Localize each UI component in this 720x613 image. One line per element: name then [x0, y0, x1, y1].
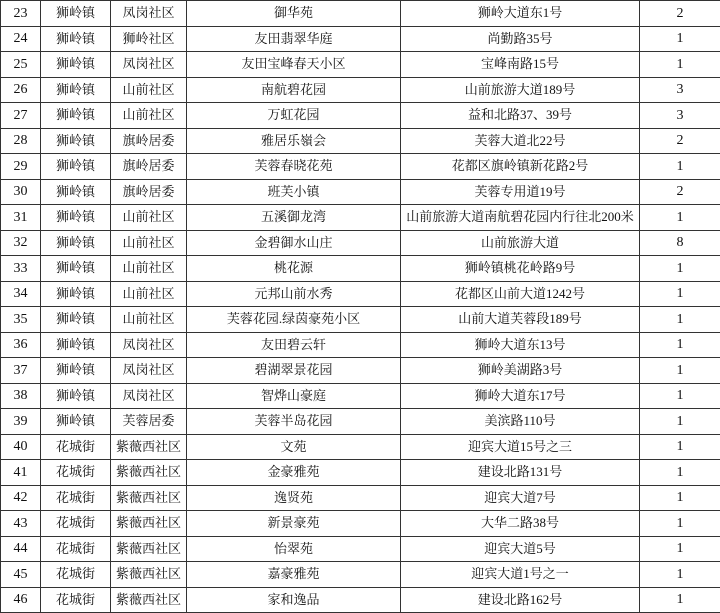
cell-community: 凤岗社区 [111, 332, 187, 358]
cell-count: 1 [640, 154, 720, 180]
cell-row_number: 39 [1, 409, 41, 435]
cell-estate_name: 嘉豪雅苑 [187, 562, 401, 588]
cell-estate_name: 雅居乐嶺会 [187, 128, 401, 154]
cell-estate_name: 御华苑 [187, 1, 401, 27]
cell-row_number: 42 [1, 485, 41, 511]
cell-address: 花都区旗岭镇新花路2号 [401, 154, 640, 180]
table-row: 28狮岭镇旗岭居委雅居乐嶺会芙蓉大道北22号2 [1, 128, 720, 154]
cell-community: 山前社区 [111, 230, 187, 256]
table-row: 40花城街紫薇西社区文苑迎宾大道15号之三1 [1, 434, 720, 460]
cell-address: 山前大道芙蓉段189号 [401, 307, 640, 333]
cell-community: 山前社区 [111, 256, 187, 282]
cell-address: 芙蓉大道北22号 [401, 128, 640, 154]
cell-community: 凤岗社区 [111, 358, 187, 384]
cell-address: 狮岭大道东13号 [401, 332, 640, 358]
cell-count: 1 [640, 536, 720, 562]
cell-count: 1 [640, 409, 720, 435]
table-row: 36狮岭镇凤岗社区友田碧云轩狮岭大道东13号1 [1, 332, 720, 358]
cell-town: 狮岭镇 [41, 307, 111, 333]
cell-address: 芙蓉专用道19号 [401, 179, 640, 205]
cell-count: 2 [640, 1, 720, 27]
table-row: 41花城街紫薇西社区金豪雅苑建设北路131号1 [1, 460, 720, 486]
cell-town: 花城街 [41, 511, 111, 537]
cell-community: 紫薇西社区 [111, 587, 187, 613]
cell-count: 1 [640, 485, 720, 511]
cell-row_number: 37 [1, 358, 41, 384]
cell-row_number: 41 [1, 460, 41, 486]
cell-town: 狮岭镇 [41, 52, 111, 78]
cell-town: 狮岭镇 [41, 383, 111, 409]
table-body: 23狮岭镇凤岗社区御华苑狮岭大道东1号224狮岭镇狮岭社区友田翡翠华庭尚勤路35… [1, 1, 720, 613]
table-row: 33狮岭镇山前社区桃花源狮岭镇桃花岭路9号1 [1, 256, 720, 282]
cell-community: 凤岗社区 [111, 52, 187, 78]
cell-estate_name: 南航碧花园 [187, 77, 401, 103]
cell-town: 狮岭镇 [41, 1, 111, 27]
cell-town: 狮岭镇 [41, 230, 111, 256]
table-row: 45花城街紫薇西社区嘉豪雅苑迎宾大道1号之一1 [1, 562, 720, 588]
table-row: 24狮岭镇狮岭社区友田翡翠华庭尚勤路35号1 [1, 26, 720, 52]
cell-row_number: 44 [1, 536, 41, 562]
table-row: 39狮岭镇芙蓉居委芙蓉半岛花园美滨路110号1 [1, 409, 720, 435]
cell-address: 益和北路37、39号 [401, 103, 640, 129]
cell-town: 花城街 [41, 587, 111, 613]
table-row: 23狮岭镇凤岗社区御华苑狮岭大道东1号2 [1, 1, 720, 27]
cell-count: 1 [640, 562, 720, 588]
cell-count: 1 [640, 383, 720, 409]
cell-estate_name: 五溪御龙湾 [187, 205, 401, 231]
cell-town: 狮岭镇 [41, 26, 111, 52]
cell-row_number: 29 [1, 154, 41, 180]
cell-town: 狮岭镇 [41, 205, 111, 231]
cell-count: 1 [640, 460, 720, 486]
cell-community: 狮岭社区 [111, 26, 187, 52]
cell-row_number: 28 [1, 128, 41, 154]
cell-community: 芙蓉居委 [111, 409, 187, 435]
cell-town: 狮岭镇 [41, 409, 111, 435]
table-row: 27狮岭镇山前社区万虹花园益和北路37、39号3 [1, 103, 720, 129]
cell-estate_name: 碧湖翠景花园 [187, 358, 401, 384]
cell-address: 迎宾大道7号 [401, 485, 640, 511]
cell-count: 1 [640, 307, 720, 333]
cell-community: 紫薇西社区 [111, 511, 187, 537]
cell-estate_name: 新景豪苑 [187, 511, 401, 537]
cell-estate_name: 家和逸品 [187, 587, 401, 613]
cell-town: 狮岭镇 [41, 77, 111, 103]
cell-estate_name: 芙蓉半岛花园 [187, 409, 401, 435]
table-row: 43花城街紫薇西社区新景豪苑大华二路38号1 [1, 511, 720, 537]
cell-community: 山前社区 [111, 281, 187, 307]
table-row: 26狮岭镇山前社区南航碧花园山前旅游大道189号3 [1, 77, 720, 103]
cell-address: 花都区山前大道1242号 [401, 281, 640, 307]
cell-community: 紫薇西社区 [111, 434, 187, 460]
cell-community: 山前社区 [111, 103, 187, 129]
cell-town: 狮岭镇 [41, 281, 111, 307]
cell-address: 建设北路162号 [401, 587, 640, 613]
cell-community: 凤岗社区 [111, 1, 187, 27]
cell-town: 狮岭镇 [41, 179, 111, 205]
cell-row_number: 24 [1, 26, 41, 52]
residential-area-table: 23狮岭镇凤岗社区御华苑狮岭大道东1号224狮岭镇狮岭社区友田翡翠华庭尚勤路35… [0, 0, 720, 613]
table-row: 35狮岭镇山前社区芙蓉花园.绿茵豪苑小区山前大道芙蓉段189号1 [1, 307, 720, 333]
table-row: 42花城街紫薇西社区逸贤苑迎宾大道7号1 [1, 485, 720, 511]
cell-address: 宝峰南路15号 [401, 52, 640, 78]
cell-estate_name: 怡翠苑 [187, 536, 401, 562]
cell-count: 1 [640, 358, 720, 384]
cell-row_number: 32 [1, 230, 41, 256]
cell-count: 3 [640, 103, 720, 129]
cell-community: 紫薇西社区 [111, 536, 187, 562]
cell-town: 狮岭镇 [41, 256, 111, 282]
cell-town: 狮岭镇 [41, 103, 111, 129]
cell-row_number: 43 [1, 511, 41, 537]
cell-estate_name: 文苑 [187, 434, 401, 460]
table-row: 34狮岭镇山前社区元邦山前水秀花都区山前大道1242号1 [1, 281, 720, 307]
cell-count: 1 [640, 434, 720, 460]
cell-address: 狮岭大道东17号 [401, 383, 640, 409]
table-row: 38狮岭镇凤岗社区智烨山豪庭狮岭大道东17号1 [1, 383, 720, 409]
cell-town: 狮岭镇 [41, 154, 111, 180]
cell-address: 迎宾大道15号之三 [401, 434, 640, 460]
cell-community: 旗岭居委 [111, 154, 187, 180]
cell-community: 凤岗社区 [111, 383, 187, 409]
cell-count: 1 [640, 256, 720, 282]
cell-estate_name: 桃花源 [187, 256, 401, 282]
cell-row_number: 35 [1, 307, 41, 333]
cell-community: 紫薇西社区 [111, 460, 187, 486]
cell-community: 旗岭居委 [111, 179, 187, 205]
table-row: 25狮岭镇凤岗社区友田宝峰春天小区宝峰南路15号1 [1, 52, 720, 78]
cell-community: 紫薇西社区 [111, 485, 187, 511]
cell-count: 1 [640, 511, 720, 537]
table-row: 37狮岭镇凤岗社区碧湖翠景花园狮岭美湖路3号1 [1, 358, 720, 384]
cell-community: 山前社区 [111, 307, 187, 333]
cell-row_number: 26 [1, 77, 41, 103]
cell-address: 狮岭美湖路3号 [401, 358, 640, 384]
cell-row_number: 31 [1, 205, 41, 231]
cell-town: 花城街 [41, 485, 111, 511]
cell-address: 大华二路38号 [401, 511, 640, 537]
cell-address: 山前旅游大道南航碧花园内行往北200米 [401, 205, 640, 231]
cell-row_number: 36 [1, 332, 41, 358]
cell-estate_name: 芙蓉花园.绿茵豪苑小区 [187, 307, 401, 333]
cell-row_number: 45 [1, 562, 41, 588]
table-row: 30狮岭镇旗岭居委班芙小镇芙蓉专用道19号2 [1, 179, 720, 205]
cell-town: 狮岭镇 [41, 128, 111, 154]
cell-address: 迎宾大道5号 [401, 536, 640, 562]
cell-town: 狮岭镇 [41, 358, 111, 384]
cell-row_number: 27 [1, 103, 41, 129]
cell-community: 山前社区 [111, 205, 187, 231]
cell-address: 尚勤路35号 [401, 26, 640, 52]
cell-count: 1 [640, 281, 720, 307]
cell-row_number: 34 [1, 281, 41, 307]
cell-address: 狮岭镇桃花岭路9号 [401, 256, 640, 282]
cell-town: 狮岭镇 [41, 332, 111, 358]
cell-count: 8 [640, 230, 720, 256]
cell-count: 3 [640, 77, 720, 103]
cell-count: 1 [640, 52, 720, 78]
cell-row_number: 30 [1, 179, 41, 205]
cell-estate_name: 金豪雅苑 [187, 460, 401, 486]
cell-count: 1 [640, 587, 720, 613]
cell-estate_name: 智烨山豪庭 [187, 383, 401, 409]
cell-row_number: 38 [1, 383, 41, 409]
cell-estate_name: 友田碧云轩 [187, 332, 401, 358]
cell-estate_name: 芙蓉春晓花苑 [187, 154, 401, 180]
cell-estate_name: 元邦山前水秀 [187, 281, 401, 307]
cell-count: 2 [640, 179, 720, 205]
cell-row_number: 46 [1, 587, 41, 613]
cell-count: 1 [640, 205, 720, 231]
cell-address: 狮岭大道东1号 [401, 1, 640, 27]
table-row: 46花城街紫薇西社区家和逸品建设北路162号1 [1, 587, 720, 613]
cell-town: 花城街 [41, 536, 111, 562]
cell-address: 山前旅游大道 [401, 230, 640, 256]
table-row: 29狮岭镇旗岭居委芙蓉春晓花苑花都区旗岭镇新花路2号1 [1, 154, 720, 180]
cell-estate_name: 逸贤苑 [187, 485, 401, 511]
cell-row_number: 33 [1, 256, 41, 282]
cell-community: 旗岭居委 [111, 128, 187, 154]
cell-community: 山前社区 [111, 77, 187, 103]
cell-estate_name: 金碧御水山庄 [187, 230, 401, 256]
cell-estate_name: 万虹花园 [187, 103, 401, 129]
table-row: 44花城街紫薇西社区怡翠苑迎宾大道5号1 [1, 536, 720, 562]
cell-town: 花城街 [41, 562, 111, 588]
cell-address: 美滨路110号 [401, 409, 640, 435]
cell-row_number: 40 [1, 434, 41, 460]
cell-town: 花城街 [41, 460, 111, 486]
cell-count: 1 [640, 332, 720, 358]
cell-row_number: 23 [1, 1, 41, 27]
cell-estate_name: 友田宝峰春天小区 [187, 52, 401, 78]
cell-estate_name: 班芙小镇 [187, 179, 401, 205]
cell-estate_name: 友田翡翠华庭 [187, 26, 401, 52]
cell-row_number: 25 [1, 52, 41, 78]
cell-address: 建设北路131号 [401, 460, 640, 486]
cell-count: 1 [640, 26, 720, 52]
table-row: 31狮岭镇山前社区五溪御龙湾山前旅游大道南航碧花园内行往北200米1 [1, 205, 720, 231]
table-row: 32狮岭镇山前社区金碧御水山庄山前旅游大道8 [1, 230, 720, 256]
cell-town: 花城街 [41, 434, 111, 460]
cell-address: 山前旅游大道189号 [401, 77, 640, 103]
cell-community: 紫薇西社区 [111, 562, 187, 588]
cell-address: 迎宾大道1号之一 [401, 562, 640, 588]
cell-count: 2 [640, 128, 720, 154]
